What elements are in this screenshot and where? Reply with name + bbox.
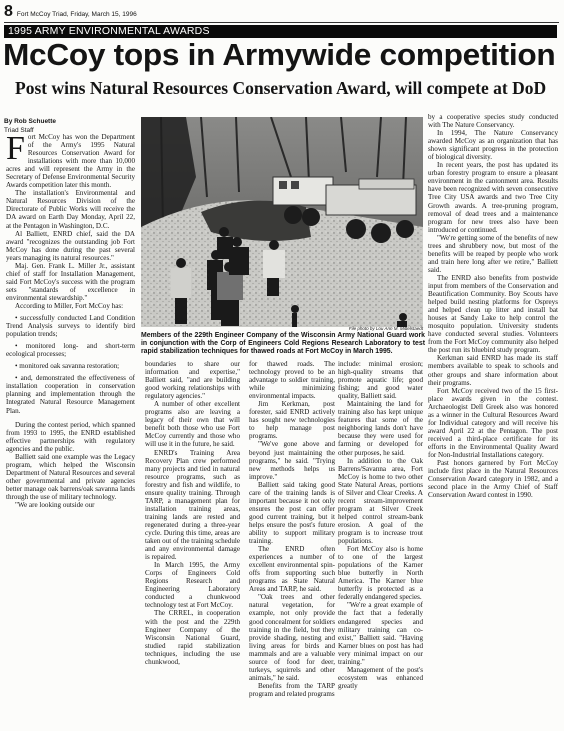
paragraph: According to Miller, Fort McCoy has:	[6, 302, 135, 310]
paragraph: The CRREL, in cooperation with the post …	[145, 609, 240, 665]
paragraph: During the contest period, which spanned…	[6, 421, 135, 453]
paragraph: "We're a great example of the fact that …	[338, 601, 423, 665]
paragraph: Benefits from the TARP program and relat…	[249, 682, 335, 698]
photo-illustration	[141, 117, 423, 327]
page-number: 8	[4, 4, 13, 20]
paragraph: In 1994, The Nature Conservancy awarded …	[428, 129, 558, 161]
paragraph: Jim Kerkman, post forester, said ENRD ac…	[249, 400, 335, 440]
bullet-item: • and, demonstrated the effectiveness of…	[6, 374, 135, 414]
bullet-item: • monitored oak savanna restoration;	[6, 362, 135, 370]
paragraph: Past honors garnered by Fort McCoy inclu…	[428, 459, 558, 499]
article-column-3: for thawed roads. The technology proved …	[249, 360, 335, 698]
paragraph: Balliett said one example was the Legacy…	[6, 453, 135, 501]
byline-author: By Rob Schuette	[4, 117, 134, 126]
lead-paragraph: Fort McCoy has won the Department of the…	[6, 133, 135, 189]
paragraph: The ENRD also benefits from postwide inp…	[428, 274, 558, 354]
paragraph: boundaries to share our information and …	[145, 360, 240, 400]
paragraph: Fort McCoy also is home to one of the la…	[338, 545, 423, 601]
headline: McCoy tops in Armywide competition	[3, 38, 564, 72]
paragraph: Maintaining the land for training also h…	[338, 400, 423, 456]
article-column-5: by a cooperative species study conducted…	[428, 113, 558, 499]
newspaper-page: 8 Fort McCoy Triad, Friday, March 15, 19…	[0, 0, 564, 731]
paragraph-text: ort McCoy has won the Department of the …	[6, 133, 135, 189]
paragraph: include: minimal erosion; high-quality s…	[338, 360, 423, 400]
paragraph: In addition to the Oak Barrens/Savanna a…	[338, 457, 423, 546]
paragraph: Kerkman said ENRD has made its staff mem…	[428, 354, 558, 386]
paragraph: Management of the post's ecosystem was e…	[338, 666, 423, 690]
paragraph: "We are looking outside our	[6, 501, 135, 509]
article-column-2: boundaries to share our information and …	[145, 360, 240, 666]
paragraph: The ENRD often experiences a number of e…	[249, 545, 335, 593]
article-column-4: include: minimal erosion; high-quality s…	[338, 360, 423, 690]
bullet-item: • successfully conducted Land Condition …	[6, 314, 135, 338]
paragraph: ENRD's Training Area Recovery Plan crew …	[145, 449, 240, 562]
paragraph: Maj. Gen. Frank L. Miller Jr., assistant…	[6, 262, 135, 302]
paragraph: Balliett said taking good care of the tr…	[249, 481, 335, 545]
paragraph: "We've gone above and beyond just mainta…	[249, 440, 335, 480]
bullet-item: • monitored long- and short-term ecologi…	[6, 342, 135, 358]
paragraph: In March 1995, the Army Corps of Enginee…	[145, 561, 240, 609]
photo-caption: Members of the 229th Engineer Company of…	[141, 332, 425, 356]
subheadline-deck: Post wins Natural Resources Conservation…	[15, 78, 560, 98]
paragraph: "Oak trees and other natural vegetation,…	[249, 593, 335, 682]
paragraph: Fort McCoy received two of the 15 first-…	[428, 387, 558, 459]
paragraph: by a cooperative species study conducted…	[428, 113, 558, 129]
paragraph: Al Balliett, ENRD chief, said the DA awa…	[6, 230, 135, 262]
drop-cap: F	[6, 135, 25, 163]
paragraph: A number of other excellent programs als…	[145, 400, 240, 448]
paragraph: In recent years, the post has updated it…	[428, 161, 558, 233]
article-column-1: Fort McCoy has won the Department of the…	[6, 133, 135, 509]
news-photo	[141, 117, 423, 327]
paragraph: "We're getting some of the benefits of n…	[428, 234, 558, 274]
publication-dateline: Fort McCoy Triad, Friday, March 15, 1996	[17, 11, 137, 20]
paragraph: for thawed roads. The technology proved …	[249, 360, 335, 400]
folio-line: 8 Fort McCoy Triad, Friday, March 15, 19…	[4, 3, 559, 23]
paragraph: The installation's Environmental and Nat…	[6, 189, 135, 229]
